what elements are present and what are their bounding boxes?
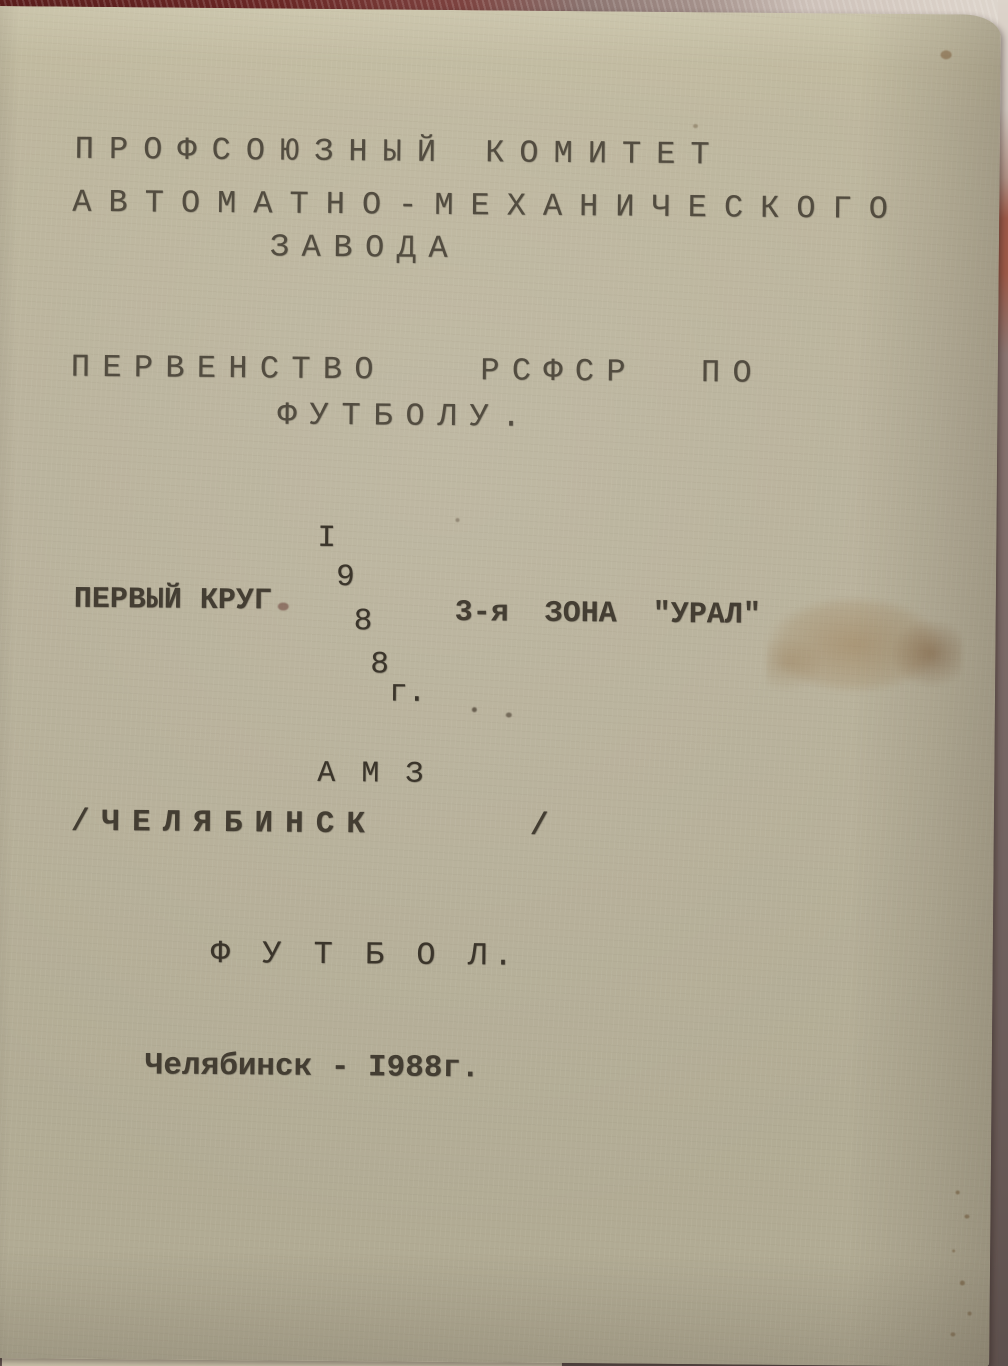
header-line-2: АВТОМАТНО-МЕХАНИЧЕСКОГО [72,187,905,226]
header-line-1: ПРОФСОЮЗНЫЙ КОМИТЕТ [75,134,725,172]
championship-line-2: ФУТБОЛУ. [277,399,533,433]
foxing-dot [968,1312,972,1316]
foxing-dot [964,1215,969,1219]
stain-speck [941,50,952,59]
coffee-stain [766,591,963,711]
foxing-dot [960,1280,965,1285]
foxing-dot [952,1249,955,1252]
team-city: /ЧЕЛЯБИНСК / [71,807,561,842]
stain-speck [693,124,698,128]
championship-line-1: ПЕРВЕНСТВО РСФСР ПО [71,352,764,390]
year-digit: 9 [336,562,355,593]
ink-blot [278,602,289,610]
year-suffix: г. [389,677,426,708]
year-digit: 8 [354,606,373,637]
foxing-dot [956,1190,960,1194]
stain-speck [506,712,512,717]
imprint-line: Челябинск - I988г. [145,1050,480,1084]
cloth-right-strip [998,0,1008,1366]
sport-title: Ф У Т Б О Л. [211,938,520,973]
zone-label: 3-я ЗОНА "УРАЛ" [455,598,761,631]
photo-scene: ПРОФСОЮЗНЫЙ КОМИТЕТ АВТОМАТНО-МЕХАНИЧЕСК… [0,0,1008,1366]
stain-speck [456,518,460,522]
foxing-dot [950,1332,955,1336]
year-digit: I [317,523,336,554]
header-line-3: ЗАВОДА [270,231,460,265]
year-digit: 8 [370,649,389,680]
stain-speck [472,707,477,712]
round-label: ПЕРВЫЙ КРУГ [74,585,272,617]
team-abbr: А М З [317,759,427,790]
programme-cover-page: ПРОФСОЮЗНЫЙ КОМИТЕТ АВТОМАТНО-МЕХАНИЧЕСК… [0,6,1001,1366]
